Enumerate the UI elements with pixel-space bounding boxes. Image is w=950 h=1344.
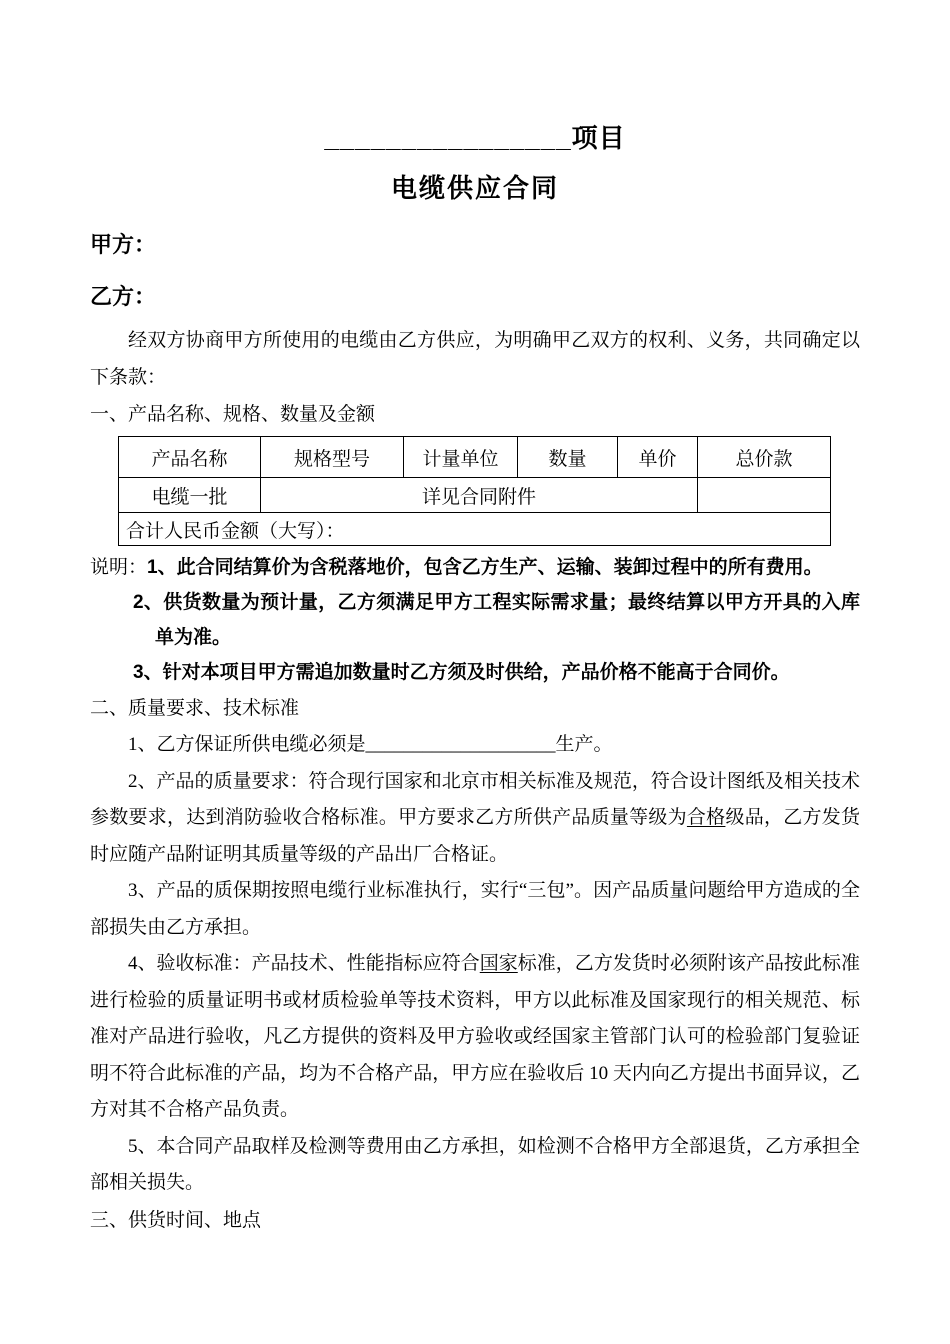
header-quantity: 数量 — [518, 437, 618, 478]
section-3-heading: 三、供货时间、地点 — [90, 1202, 860, 1239]
quality-item-2: 2、产品的质量要求：符合现行国家和北京市相关标准及规范，符合设计图纸及相关技术参… — [90, 764, 860, 874]
intro-paragraph: 经双方协商甲方所使用的电缆由乙方供应，为明确甲乙双方的权利、义务，共同确定以下条… — [90, 323, 860, 396]
header-unit: 计量单位 — [404, 437, 518, 478]
table-header-row: 产品名称 规格型号 计量单位 数量 单价 总价款 — [119, 437, 831, 478]
project-title-line: ________________项目 — [90, 116, 860, 160]
quality-item-4-pre: 4、验收标准：产品技术、性能指标应符合 — [128, 953, 480, 974]
section-1-heading: 一、产品名称、规格、数量及金额 — [90, 396, 860, 433]
note-item-1-text: 1、此合同结算价为含税落地价，包含乙方生产、运输、装卸过程中的所有费用。 — [147, 557, 823, 578]
notes-block: 说明：1、此合同结算价为含税落地价，包含乙方生产、运输、装卸过程中的所有费用。 … — [90, 550, 860, 690]
cell-detail: 详见合同附件 — [261, 478, 698, 513]
document-title: 电缆供应合同 — [90, 166, 860, 210]
header-product-name: 产品名称 — [119, 437, 261, 478]
header-total-price: 总价款 — [698, 437, 831, 478]
quality-item-4: 4、验收标准：产品技术、性能指标应符合国家标准，乙方发货时必须附该产品按此标准进… — [90, 946, 860, 1129]
party-a-label: 甲方： — [90, 232, 860, 258]
party-b-label: 乙方： — [90, 284, 860, 310]
contract-page: ________________项目 电缆供应合同 甲方： 乙方： 经双方协商甲… — [0, 0, 950, 1344]
quality-item-4-underlined: 国家 — [480, 953, 518, 974]
section-2-heading: 二、质量要求、技术标准 — [90, 690, 860, 727]
product-row: 电缆一批 详见合同附件 — [119, 478, 831, 513]
notes-label: 说明： — [90, 557, 147, 578]
note-item-3: 3、针对本项目甲方需追加数量时乙方须及时供给，产品价格不能高于合同价。 — [155, 655, 860, 690]
note-item-1: 说明：1、此合同结算价为含税落地价，包含乙方生产、运输、装卸过程中的所有费用。 — [90, 550, 860, 585]
quality-item-5: 5、本合同产品取样及检测等费用由乙方承担，如检测不合格甲方全部退货，乙方承担全部… — [90, 1129, 860, 1202]
sum-row: 合计人民币金额（大写）： — [119, 513, 831, 546]
note-item-2: 2、供货数量为预计量，乙方须满足甲方工程实际需求量；最终结算以甲方开具的入库单为… — [155, 585, 860, 655]
quality-item-3: 3、产品的质保期按照电缆行业标准执行，实行“三包”。因产品质量问题给甲方造成的全… — [90, 873, 860, 946]
products-table: 产品名称 规格型号 计量单位 数量 单价 总价款 电缆一批 详见合同附件 合计人… — [118, 436, 831, 546]
quality-item-4-post: 标准，乙方发货时必须附该产品按此标准进行检验的质量证明书或材质检验单等技术资料，… — [90, 953, 860, 1120]
cell-product-name: 电缆一批 — [119, 478, 261, 513]
quality-item-1: 1、乙方保证所供电缆必须是____________________生产。 — [90, 727, 860, 764]
quality-item-2-underlined: 合格 — [687, 807, 726, 828]
cell-total-price — [698, 478, 831, 513]
cell-sum-label: 合计人民币金额（大写）： — [119, 513, 831, 546]
header-spec-model: 规格型号 — [261, 437, 404, 478]
header-unit-price: 单价 — [618, 437, 698, 478]
